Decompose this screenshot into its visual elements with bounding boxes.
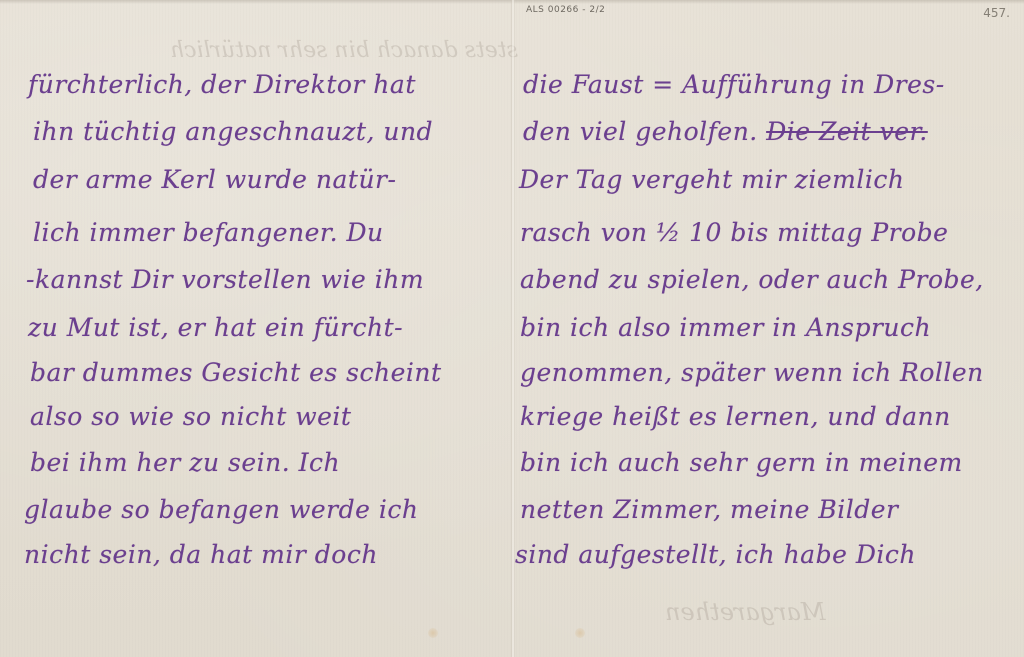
scanned-letter: stets danach bin sehr natürlich fürchter… [0,0,1024,657]
left-page: stets danach bin sehr natürlich fürchter… [0,0,511,657]
left-line-3: der arme Kerl wurde natür- [33,165,396,194]
archive-id-label: ALS 00266 - 2/2 [526,5,605,15]
right-page: ALS 00266 - 2/2 457. Margarethen die Fau… [515,0,1024,657]
right-line-3: Der Tag vergeht mir ziemlich [519,165,904,194]
struck-out-text: Die Zeit ver. [766,117,928,146]
left-line-6: zu Mut ist, er hat ein fürcht- [28,313,403,342]
bleed-through-text: stets danach bin sehr natürlich [170,38,518,63]
right-line-9: bin ich auch sehr gern in meinem [520,448,963,477]
right-line-4: rasch von ½ 10 bis mittag Probe [520,218,948,247]
right-line-2: den viel geholfen. Die Zeit ver. [523,117,928,146]
left-line-5: -kannst Dir vorstellen wie ihm [26,265,424,294]
folio-number: 457. [983,6,1010,20]
left-line-1: fürchterlich, der Direktor hat [28,70,416,99]
left-line-2: ihn tüchtig angeschnauzt, und [33,117,433,146]
paper-stain [575,628,585,638]
left-line-4: lich immer befangener. Du [33,218,384,247]
left-line-10: glaube so befangen werde ich [24,495,418,524]
right-line-2-text: den viel geholfen. [523,117,766,146]
right-line-6: bin ich also immer in Anspruch [520,313,931,342]
right-line-5: abend zu spielen, oder auch Probe, [520,265,984,294]
left-line-9: bei ihm her zu sein. Ich [30,448,340,477]
right-line-10: netten Zimmer, meine Bilder [520,495,898,524]
right-line-8: kriege heißt es lernen, und dann [520,402,951,431]
paper-stain [428,628,438,638]
left-line-11: nicht sein, da hat mir doch [24,540,378,569]
bleed-through-signature: Margarethen [665,598,825,626]
right-line-11: sind aufgestellt, ich habe Dich [515,540,916,569]
left-line-7: bar dummes Gesicht es scheint [30,358,442,387]
right-line-7: genommen, später wenn ich Rollen [520,358,984,387]
right-line-1: die Faust = Aufführung in Dres- [523,70,945,99]
left-line-8: also so wie so nicht weit [30,402,351,431]
